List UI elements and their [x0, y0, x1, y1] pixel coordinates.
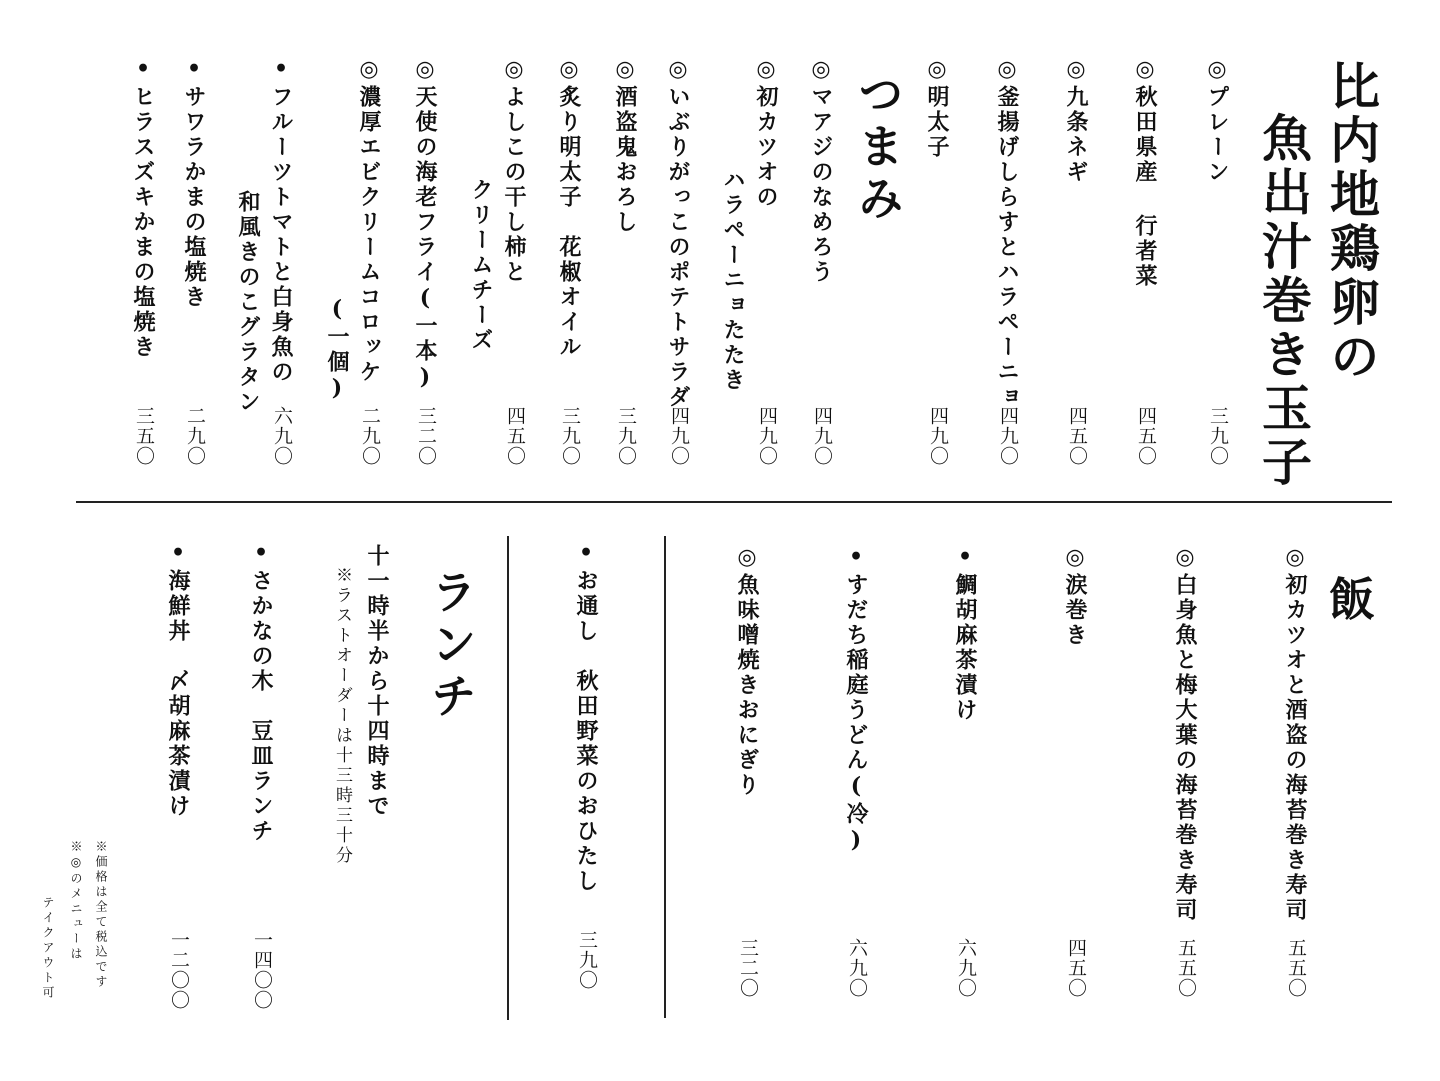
menu-item-aburi-mentaiko: ◎炙り明太子 花椒オイル — [558, 56, 580, 360]
menu-item-shuto-oroshi: ◎酒盗鬼おろし — [614, 56, 636, 235]
menu-item-katsuo: ◎初カツオの — [755, 56, 777, 210]
price-tamago-negi: 四五〇 — [1067, 406, 1086, 466]
price-hirasuzuki: 三五〇 — [134, 406, 153, 466]
note-tax-included: ※価格は全て税込です — [95, 840, 107, 990]
price-ebi-fry: 三二〇 — [416, 406, 435, 466]
price-tai-chazuke: 六九〇 — [956, 938, 975, 998]
price-katsuo: 四九〇 — [757, 406, 776, 466]
price-namero: 四九〇 — [812, 406, 831, 466]
menu-item-croquette-line2: (一個) — [326, 296, 348, 404]
menu-item-otoshi: •お通し 秋田野菜のおひたし — [575, 540, 597, 894]
menu-item-namero: ◎マアジのなめろう — [810, 56, 832, 285]
menu-item-tamago-shirasu: ◎釜揚げしらすとハラペーニョ — [996, 56, 1018, 410]
lunch-hours: 十一時半から十四時まで — [366, 544, 388, 819]
price-katsuo-sushi: 五五〇 — [1286, 938, 1305, 998]
menu-item-inaniwa-udon: •すだち稲庭うどん(冷) — [845, 544, 867, 856]
menu-item-shiromi-sushi: ◎白身魚と梅大葉の海苔巻き寿司 — [1174, 544, 1196, 923]
section-heading-lunch: ランチ — [428, 568, 474, 724]
column-divider-left — [507, 536, 509, 1020]
price-croquette: 二九〇 — [360, 406, 379, 466]
menu-item-hirasuzuki: •ヒラスズキかまの塩焼き — [132, 56, 154, 360]
price-tamago-shirasu: 四九〇 — [998, 406, 1017, 466]
menu-item-croquette: ◎濃厚エビクリームコロッケ — [358, 56, 380, 385]
price-aburi-mentaiko: 三九〇 — [560, 406, 579, 466]
menu-item-kaisendon: •海鮮丼 〆胡麻茶漬け — [167, 540, 189, 819]
page-title-line2: 魚出汁巻き玉子 — [1258, 112, 1308, 490]
menu-item-tai-chazuke: •鯛胡麻茶漬け — [954, 544, 976, 723]
menu-item-tamago-mentaiko: ◎明太子 — [926, 56, 948, 160]
lunch-last-order: ※ラストオーダーは十三時三十分 — [333, 566, 350, 866]
menu-item-sawara: •サワラかまの塩焼き — [183, 56, 205, 310]
section-heading-meshi: 飯 — [1326, 575, 1372, 627]
price-shuto-oroshi: 三九〇 — [616, 406, 635, 466]
note-takeout: ※◎のメニューは — [70, 840, 82, 962]
price-shiromi-sushi: 五五〇 — [1176, 938, 1195, 998]
menu-item-namidamaki: ◎涙巻き — [1064, 544, 1086, 648]
price-tamago-plain: 三九〇 — [1208, 406, 1227, 466]
price-namidamaki: 四五〇 — [1066, 938, 1085, 998]
menu-item-potesara: ◎いぶりがっこのポテトサラダ — [667, 56, 689, 410]
page-title-line1: 比内地鶏卵の — [1326, 60, 1376, 384]
menu-item-katsuo-line2: ハラペーニョたたき — [722, 168, 744, 393]
column-divider-right — [664, 536, 666, 1018]
price-hoshigaki: 四五〇 — [505, 406, 524, 466]
price-yaki-onigiri: 三二〇 — [738, 938, 757, 998]
menu-item-hoshigaki-line2: クリームチーズ — [470, 178, 492, 353]
menu-item-gratin: •フルーツトマトと白身魚の — [270, 56, 292, 385]
price-kaisendon: 一二〇〇 — [169, 930, 188, 1010]
note-takeout-line2: テイクアウト可 — [42, 896, 54, 1001]
menu-item-tamago-plain: ◎プレーン — [1206, 56, 1228, 185]
price-gratin: 六九〇 — [272, 406, 291, 466]
price-mamezara-lunch: 一四〇〇 — [252, 930, 271, 1010]
price-potesara: 四九〇 — [669, 406, 688, 466]
price-tamago-gyojana: 四五〇 — [1136, 406, 1155, 466]
price-tamago-mentaiko: 四九〇 — [928, 406, 947, 466]
menu-item-katsuo-sushi: ◎初カツオと酒盗の海苔巻き寿司 — [1284, 544, 1306, 923]
menu-item-gratin-line2: 和風きのこグラタン — [237, 190, 259, 415]
menu-item-hoshigaki: ◎よしこの干し柿と — [503, 56, 525, 285]
menu-item-ebi-fry: ◎天使の海老フライ(一本) — [414, 56, 436, 393]
price-inaniwa-udon: 六九〇 — [847, 938, 866, 998]
menu-item-yaki-onigiri: ◎魚味噌焼きおにぎり — [736, 544, 758, 798]
price-otoshi: 三九〇 — [577, 930, 596, 990]
menu-item-tamago-gyojana: ◎秋田県産 行者菜 — [1134, 56, 1156, 289]
menu-item-tamago-negi: ◎九条ネギ — [1065, 56, 1087, 185]
section-divider — [76, 501, 1392, 503]
section-heading-tsumami: つまみ — [855, 70, 901, 226]
price-sawara: 二九〇 — [185, 406, 204, 466]
menu-item-mamezara-lunch: •さかなの木 豆皿ランチ — [250, 540, 272, 844]
